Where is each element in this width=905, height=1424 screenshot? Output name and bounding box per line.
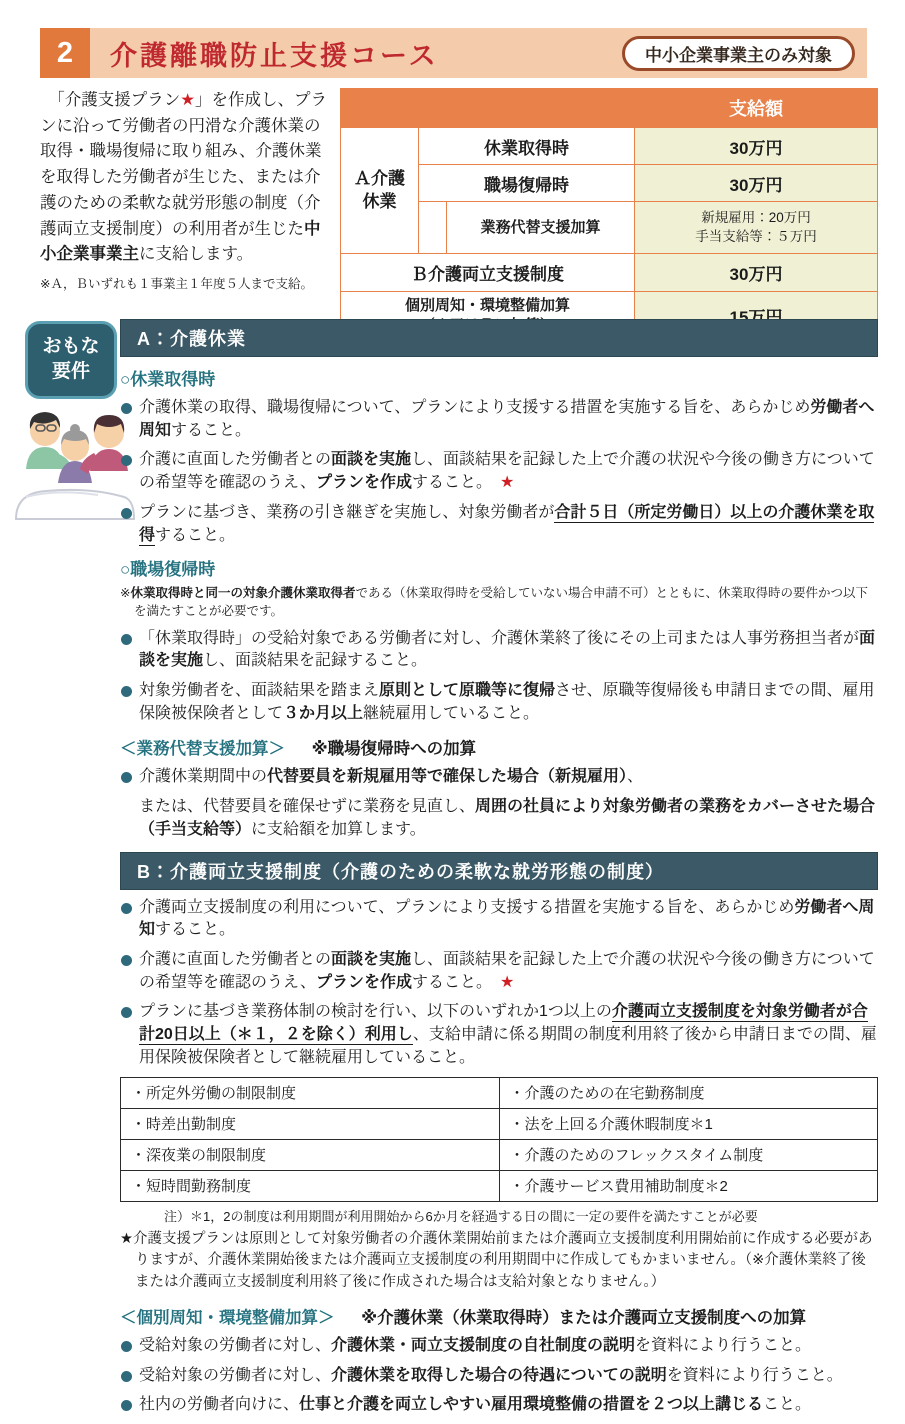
list-item: 介護に直面した労働者との面談を実施し、面談結果を記録した上で介護の状況や今後の働… (120, 949, 878, 994)
list-item: 介護両立支援制度の利用について、プランにより支援する措置を実施する旨を、あらかじ… (120, 897, 878, 942)
row-return-work-amount: 30万円 (635, 165, 878, 202)
course-header-band: 2 介護離職防止支援コース 中小企業事業主のみ対象 (40, 28, 867, 78)
systems-table-note: 注）＊1，2の制度は利用期間が利用開始から6か月を経過する日の間に一定の要件を満… (164, 1206, 878, 1225)
list-item: 対象労働者を、面談結果を踏まえ原則として原職等に復帰させ、原職等復帰後も申請日ま… (120, 680, 878, 725)
list-item: 受給対象の労働者に対し、介護休業・両立支援制度の自社制度の説明を資料により行うこ… (120, 1335, 878, 1358)
table-row: ・所定外労働の制限制度 ・介護のための在宅勤務制度 (121, 1077, 878, 1108)
row-leave-taken-label: 休業取得時 (419, 128, 635, 165)
row-b-support-system-label: Ｂ介護両立支援制度 (341, 254, 635, 292)
row-substitute-support-amount: 新規雇用：20万円 手当支給等：５万円 (635, 202, 878, 254)
system-cell: ・時差出勤制度 (121, 1108, 500, 1139)
individual-notice-heading: ＜個別周知・環境整備加算＞ ※介護休業（休業取得時）または介護両立支援制度への加… (120, 1304, 878, 1328)
system-cell: ・短時間勤務制度 (121, 1170, 500, 1201)
row-substitute-support-label: 業務代替支援加算 (447, 202, 635, 254)
substitute-support-title: ＜業務代替支援加算＞ (120, 740, 285, 758)
requirements-content: A：介護休業 ○休業取得時 介護休業の取得、職場復帰について、プランにより支援す… (120, 319, 878, 1417)
row-leave-taken-amount: 30万円 (635, 128, 878, 165)
payment-amount-table: 支給額 Ａ介護 休業 休業取得時 30万円 職場復帰時 30万円 業務代替支援加… (340, 88, 878, 340)
payment-table-header-amount: 支給額 (635, 89, 878, 128)
individual-notice-note: ※介護休業（休業取得時）または介護両立支援制度への加算 (361, 1309, 806, 1327)
individual-notice-title: ＜個別周知・環境整備加算＞ (120, 1309, 335, 1327)
bullet-icon (121, 772, 132, 783)
intro-footnote: ※Ａ，Ｂいずれも１事業主１年度５人まで支給。 (40, 275, 328, 295)
list-item: 「休業取得時」の受給対象である労働者に対し、介護休業終了後にその上司または人事労… (120, 628, 878, 673)
system-cell: ・深夜業の制限制度 (121, 1139, 500, 1170)
support-systems-table: ・所定外労働の制限制度 ・介護のための在宅勤務制度 ・時差出勤制度 ・法を上回る… (120, 1077, 878, 1202)
row-return-work-label: 職場復帰時 (419, 165, 635, 202)
care-plan-star-note: ★介護支援プランは原則として対象労働者の介護休業開始前または介護両立支援制度利用… (120, 1229, 878, 1294)
system-cell: ・介護のための在宅勤務制度 (499, 1077, 878, 1108)
system-cell: ・法を上回る介護休暇制度＊1 (499, 1108, 878, 1139)
intro-and-payment-section: 「介護支援プラン★」を作成し、プランに沿って労働者の円滑な介護休業の取得・職場復… (40, 88, 878, 340)
bullet-icon (121, 686, 132, 697)
section-b-bullet-list: 介護両立支援制度の利用について、プランにより支援する措置を実施する旨を、あらかじ… (120, 897, 878, 1070)
table-row: ・短時間勤務制度 ・介護サービス費用補助制度＊2 (121, 1170, 878, 1201)
requirements-section: おもな 要件 A：介護休業 ○休業取得時 介護休業の取得、職場復帰について、プラ… (0, 319, 905, 1424)
bullet-icon (121, 1371, 132, 1382)
return-work-precondition-note: ※休業取得時と同一の対象介護休業取得者である（休業取得時を受給していない場合申請… (120, 584, 878, 620)
main-requirements-badge: おもな 要件 (25, 321, 117, 399)
substitute-support-heading: ＜業務代替支援加算＞ ※職場復帰時への加算 (120, 735, 878, 759)
intro-paragraph: 「介護支援プラン★」を作成し、プランに沿って労働者の円滑な介護休業の取得・職場復… (40, 88, 328, 268)
payment-table-header-blank (341, 89, 635, 128)
bullet-icon (121, 455, 132, 466)
section-b-header: B：介護両立支援制度（介護のための柔軟な就労形態の制度） (120, 852, 878, 890)
substitute-support-note: ※職場復帰時への加算 (312, 740, 477, 758)
bullet-icon (121, 955, 132, 966)
indent-spacer-cell (419, 202, 447, 254)
bullet-icon (121, 903, 132, 914)
list-item: プランに基づき、業務の引き継ぎを実施し、対象労働者が合計５日（所定労働日）以上の… (120, 502, 878, 547)
leave-taken-bullet-list: 介護休業の取得、職場復帰について、プランにより支援する措置を実施する旨を、あらか… (120, 397, 878, 547)
course-title: 介護離職防止支援コース (110, 34, 439, 73)
list-item: プランに基づき業務体制の検討を行い、以下のいずれか1つ以上の介護両立支援制度を対… (120, 1001, 878, 1069)
list-item: 介護休業期間中の代替要員を新規雇用等で確保した場合（新規雇用）、 (120, 766, 878, 789)
system-cell: ・所定外労働の制限制度 (121, 1077, 500, 1108)
bullet-icon (121, 1341, 132, 1352)
intro-text-column: 「介護支援プラン★」を作成し、プランに沿って労働者の円滑な介護休業の取得・職場復… (40, 88, 328, 340)
list-item-continuation: または、代替要員を確保せずに業務を見直し、周囲の社員により対象労働者の業務をカバ… (120, 796, 878, 841)
list-item: 社内の労働者向けに、仕事と介護を両立しやすい雇用環境整備の措置を２つ以上講じるこ… (120, 1394, 878, 1417)
row-b-support-system-amount: 30万円 (635, 254, 878, 292)
target-audience-badge: 中小企業事業主のみ対象 (622, 36, 855, 71)
bullet-icon (121, 403, 132, 414)
bullet-icon (121, 634, 132, 645)
course-number: 2 (40, 28, 90, 78)
list-item: 受給対象の労働者に対し、介護休業を取得した場合の待遇についての説明を資料により行… (120, 1365, 878, 1388)
substitute-support-bullet-list: 介護休業期間中の代替要員を新規雇用等で確保した場合（新規雇用）、 または、代替要… (120, 766, 878, 841)
sub-heading-leave-taken: ○休業取得時 (120, 365, 878, 390)
bullet-icon (121, 1007, 132, 1018)
list-item: 介護に直面した労働者との面談を実施し、面談結果を記録した上で介護の状況や今後の働… (120, 449, 878, 494)
bullet-icon (121, 1400, 132, 1411)
system-cell: ・介護サービス費用補助制度＊2 (499, 1170, 878, 1201)
group-a-care-leave-cell: Ａ介護 休業 (341, 128, 419, 254)
return-work-bullet-list: 「休業取得時」の受給対象である労働者に対し、介護休業終了後にその上司または人事労… (120, 628, 878, 726)
list-item: 介護休業の取得、職場復帰について、プランにより支援する措置を実施する旨を、あらか… (120, 397, 878, 442)
table-row: ・深夜業の制限制度 ・介護のためのフレックスタイム制度 (121, 1139, 878, 1170)
table-row: ・時差出勤制度 ・法を上回る介護休暇制度＊1 (121, 1108, 878, 1139)
section-a-header: A：介護休業 (120, 319, 878, 357)
bullet-icon (121, 508, 132, 519)
system-cell: ・介護のためのフレックスタイム制度 (499, 1139, 878, 1170)
sub-heading-return-work: ○職場復帰時 (120, 555, 878, 580)
individual-notice-bullet-list: 受給対象の労働者に対し、介護休業・両立支援制度の自社制度の説明を資料により行うこ… (120, 1335, 878, 1417)
